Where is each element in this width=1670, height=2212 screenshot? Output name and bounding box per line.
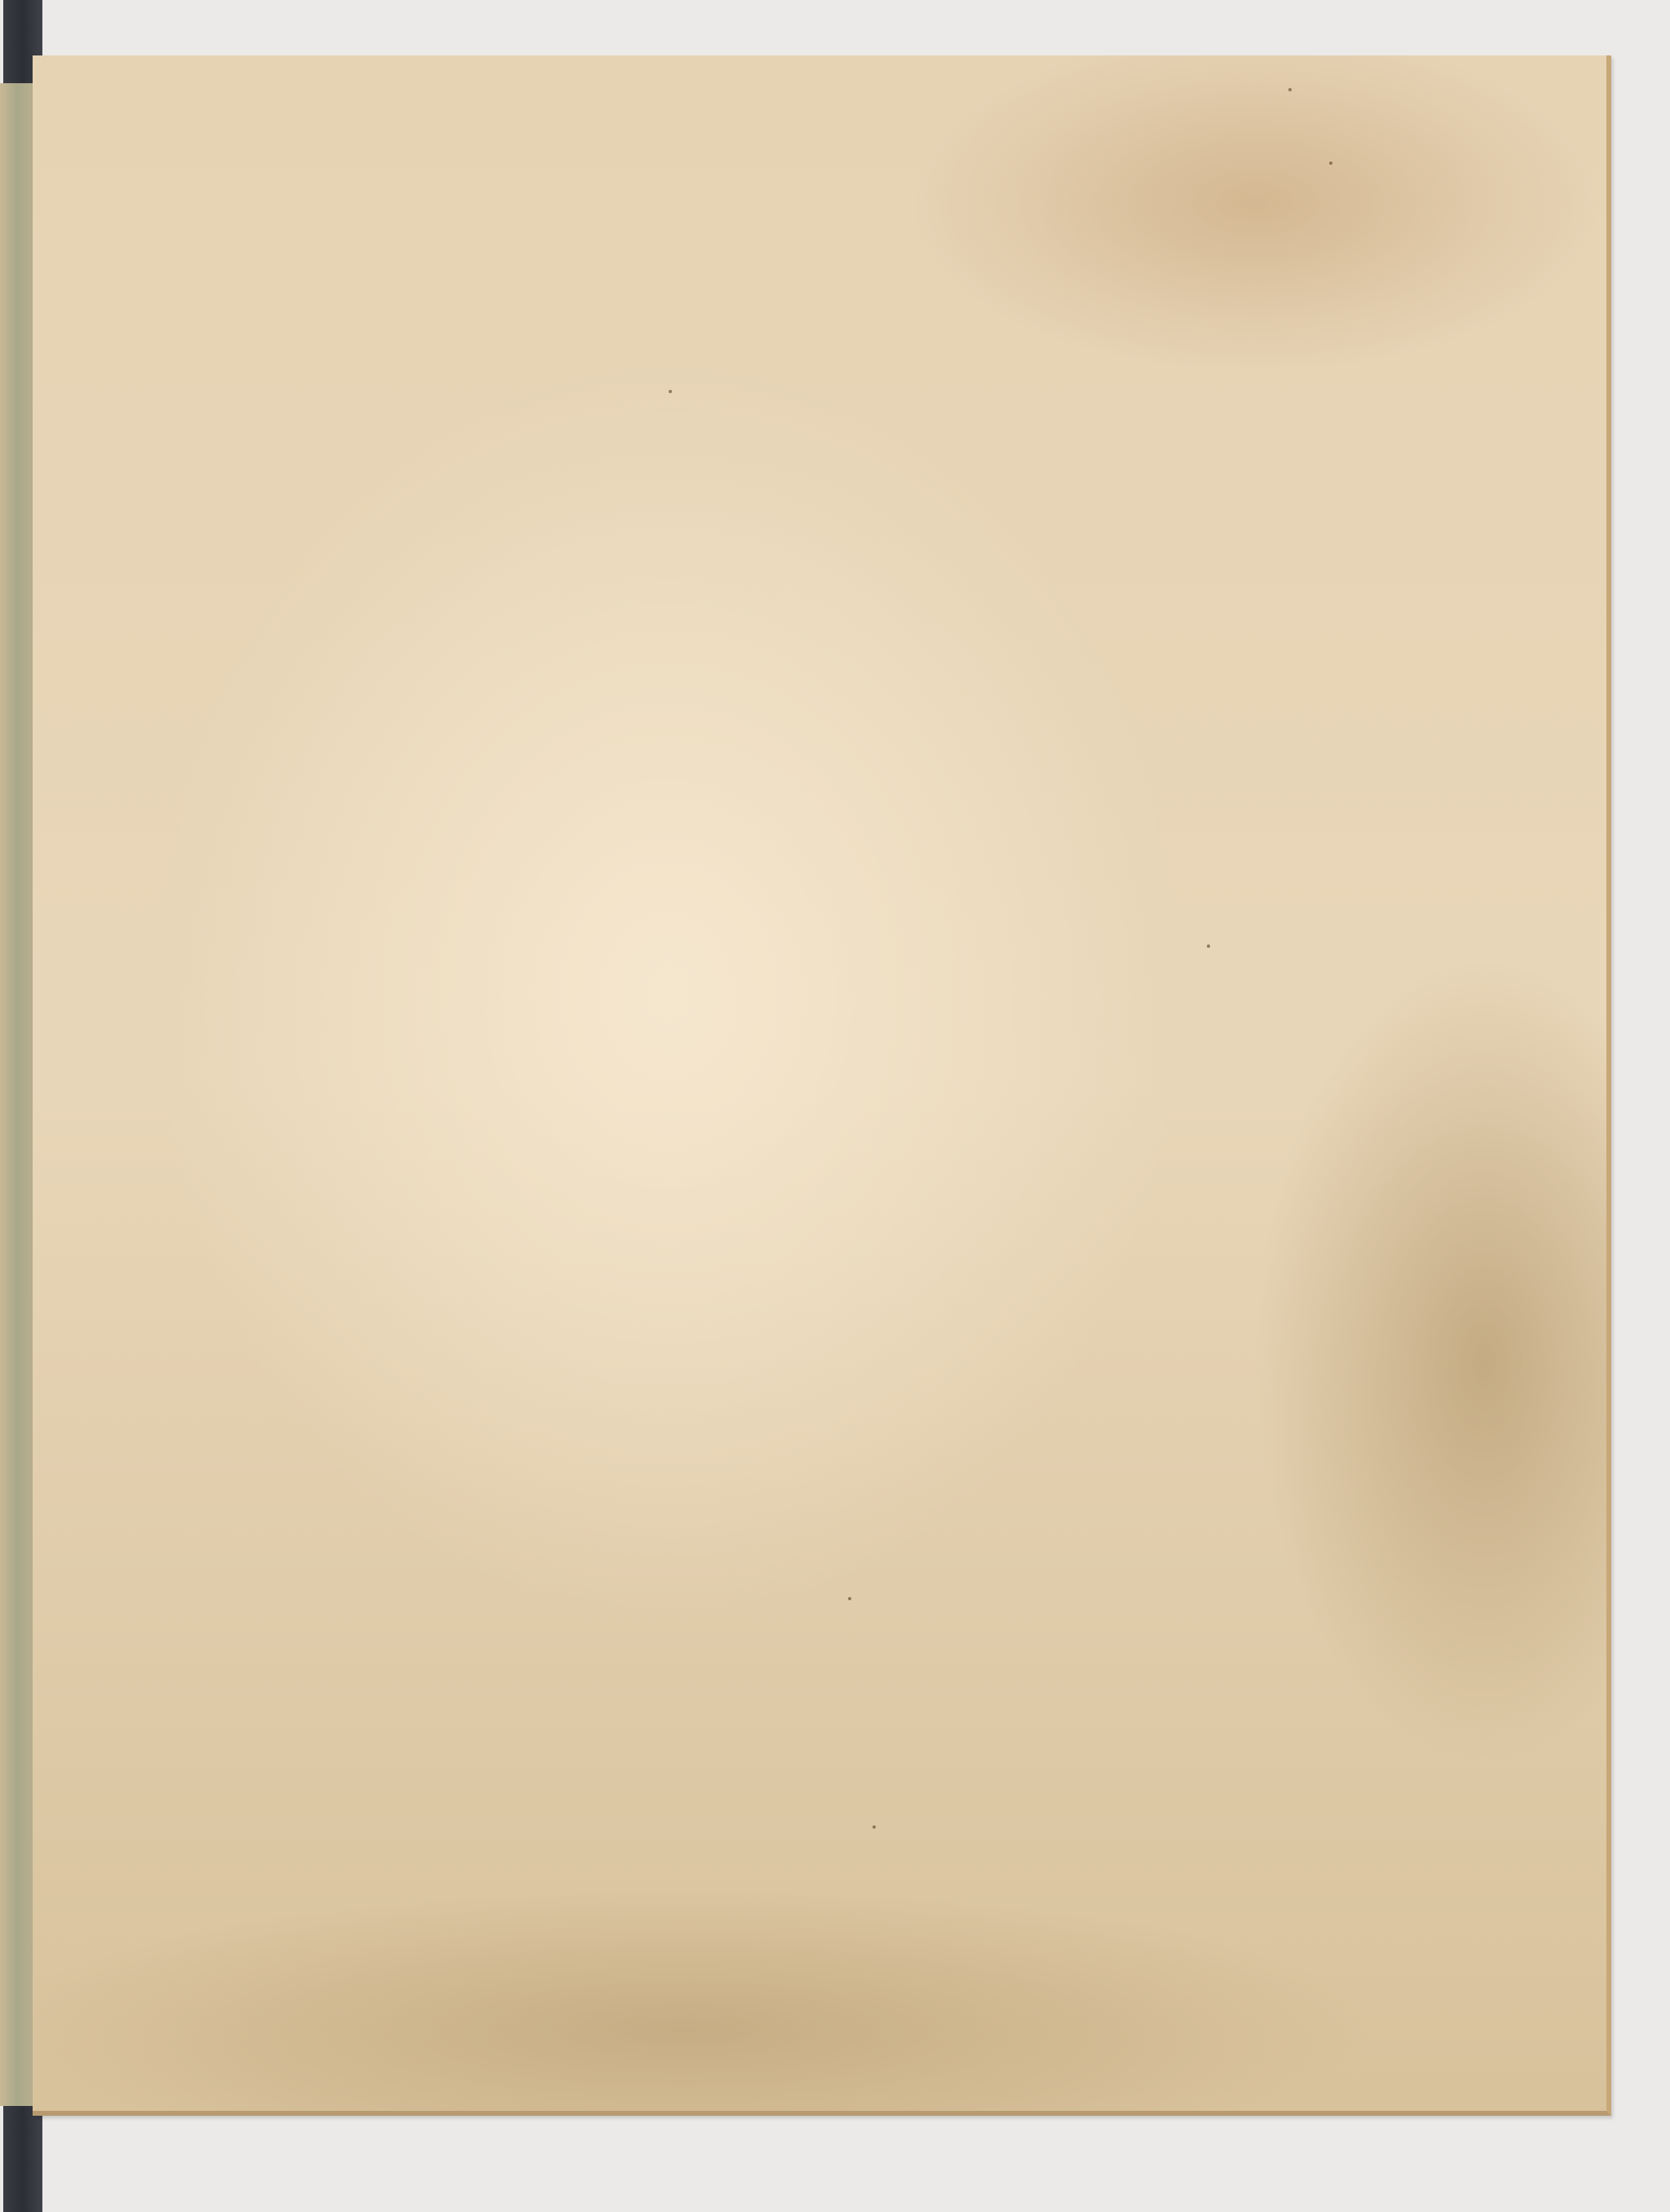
foxing-spot [1288,88,1292,91]
blank-page [33,55,1611,2116]
foxing-spot [1207,945,1210,948]
foxing-spot [669,390,672,393]
foxing-spot [1329,161,1332,165]
foxing-spot [873,1825,876,1829]
foxing-spot [848,1597,851,1600]
